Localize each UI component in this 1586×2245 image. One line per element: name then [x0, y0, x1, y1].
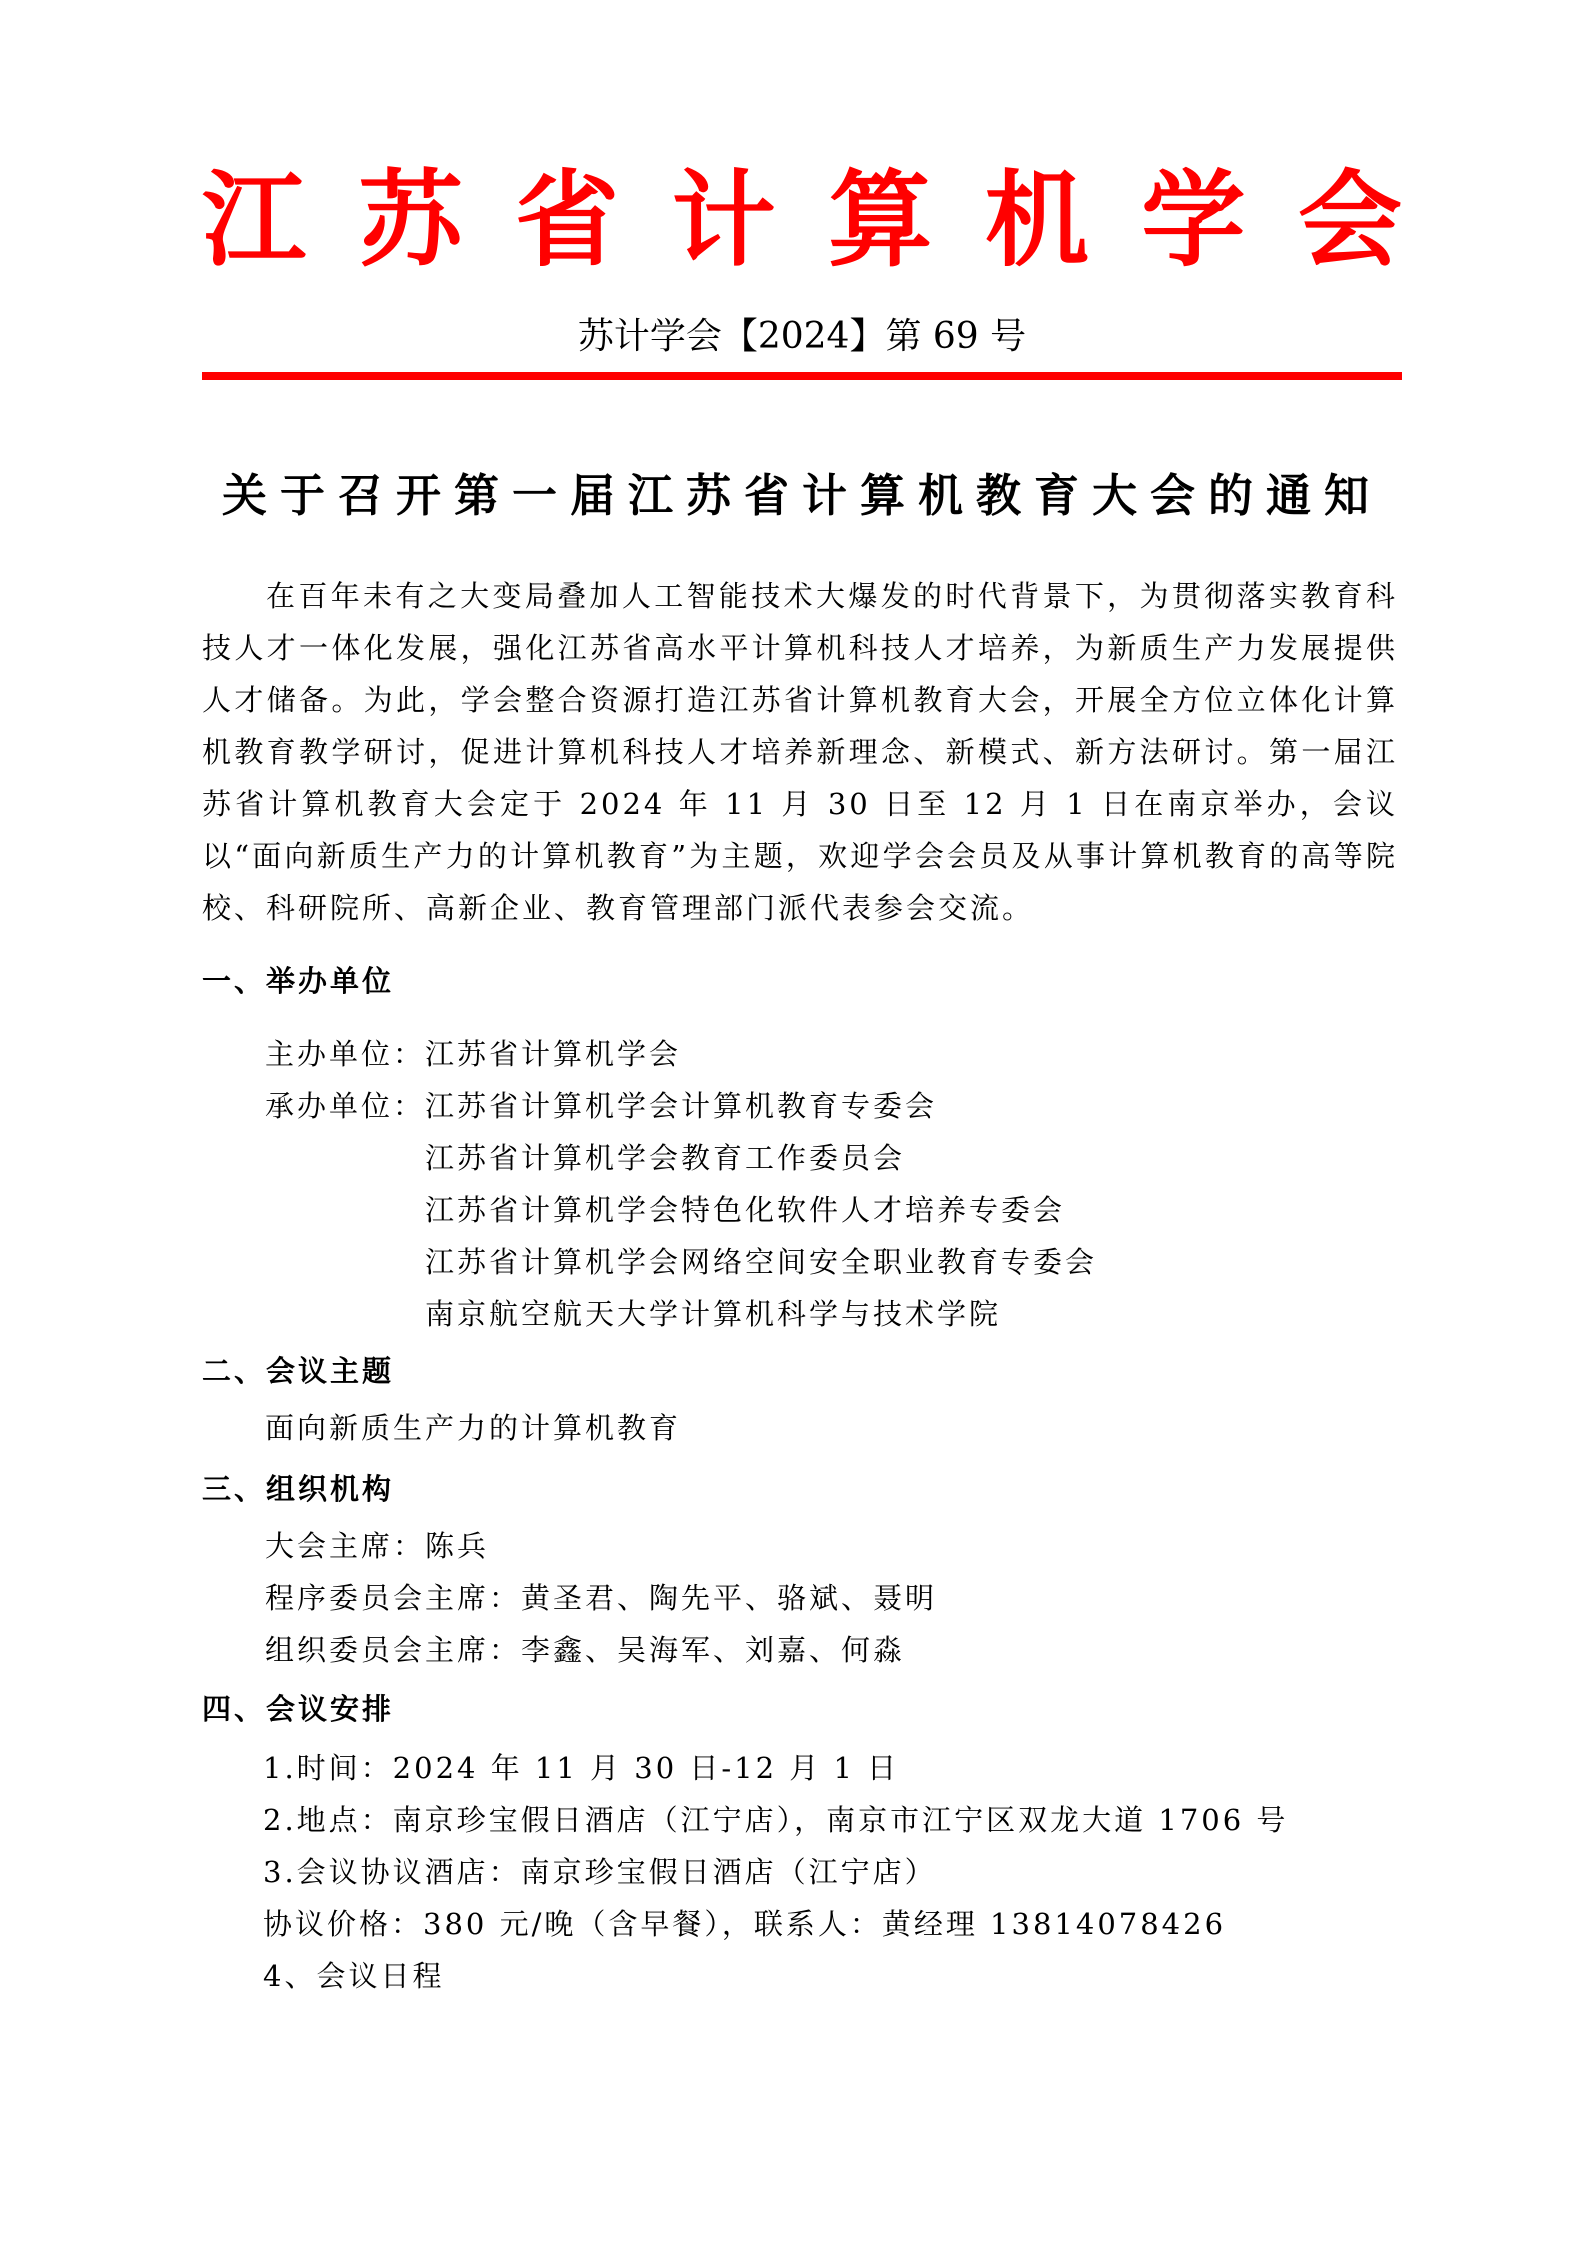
co-organizer-item: 江苏省计算机学会网络空间安全职业教育专委会 [425, 1236, 1097, 1288]
arrangement-item: 2.地点：南京珍宝假日酒店（江宁店），南京市江宁区双龙大道 1706 号 [263, 1794, 1288, 1846]
co-organizer-row: 承办单位：江苏省计算机学会计算机教育专委会 [265, 1080, 937, 1132]
organization-item: 大会主席：陈兵 [265, 1520, 489, 1572]
org-name-char: 会 [1298, 160, 1402, 280]
arrangement-item: 3.会议协议酒店：南京珍宝假日酒店（江宁店） [263, 1846, 937, 1898]
org-name-header: 江 苏 省 计 算 机 学 会 [202, 160, 1402, 280]
page-title: 关于召开第一届江苏省计算机教育大会的通知 [202, 462, 1402, 530]
org-name-char: 算 [828, 160, 932, 280]
section-heading-organization: 三、组织机构 [202, 1463, 394, 1515]
co-organizer-label: 承办单位： [265, 1080, 425, 1132]
organization-item: 程序委员会主席：黄圣君、陶先平、骆斌、聂明 [265, 1572, 937, 1624]
co-organizer-item: 江苏省计算机学会教育工作委员会 [425, 1132, 905, 1184]
section-heading-theme: 二、会议主题 [202, 1345, 394, 1397]
org-name-char: 计 [672, 160, 776, 280]
host-label: 主办单位： [265, 1028, 425, 1080]
org-name-char: 机 [985, 160, 1089, 280]
doc-number: 苏计学会【2024】第 69 号 [202, 312, 1402, 362]
org-name-char: 江 [202, 160, 306, 280]
arrangement-item: 协议价格：380 元/晚（含早餐），联系人：黄经理 13814078426 [263, 1898, 1226, 1950]
org-name-char: 苏 [359, 160, 463, 280]
host-row: 主办单位：江苏省计算机学会 [265, 1028, 681, 1080]
intro-paragraph: 在百年未有之大变局叠加人工智能技术大爆发的时代背景下，为贯彻落实教育科技人才一体… [202, 570, 1398, 934]
arrangement-item: 1.时间：2024 年 11 月 30 日-12 月 1 日 [263, 1742, 899, 1794]
section-heading-organizers: 一、举办单位 [202, 955, 394, 1007]
arrangement-item: 4、会议日程 [263, 1950, 444, 2002]
theme-text: 面向新质生产力的计算机教育 [265, 1402, 681, 1454]
host-value: 江苏省计算机学会 [425, 1037, 681, 1071]
red-divider [202, 372, 1402, 380]
org-name-char: 省 [515, 160, 619, 280]
co-organizer-value: 江苏省计算机学会计算机教育专委会 [425, 1089, 937, 1123]
document-page: 江 苏 省 计 算 机 学 会 苏计学会【2024】第 69 号 关于召开第一届… [0, 0, 1586, 2245]
co-organizer-item: 江苏省计算机学会特色化软件人才培养专委会 [425, 1184, 1065, 1236]
section-heading-arrangement: 四、会议安排 [202, 1683, 394, 1735]
org-name-char: 学 [1141, 160, 1245, 280]
co-organizer-item: 南京航空航天大学计算机科学与技术学院 [425, 1288, 1001, 1340]
organization-item: 组织委员会主席：李鑫、吴海军、刘嘉、何淼 [265, 1624, 905, 1676]
